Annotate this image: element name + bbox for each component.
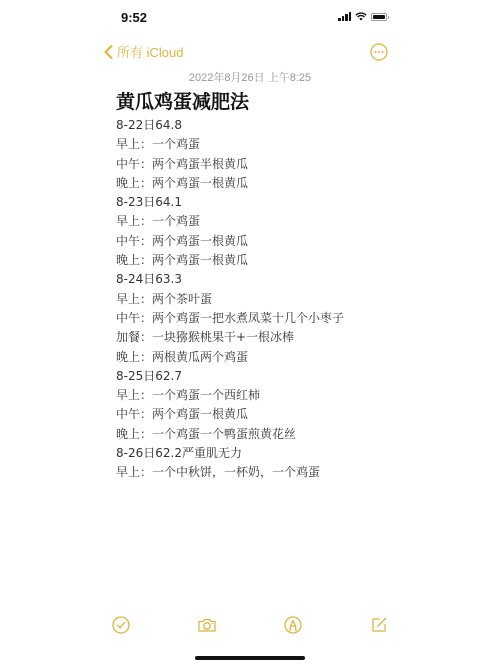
note-line: 早上：一个鸡蛋一个西红柿	[116, 386, 416, 405]
note-line: 8-22日64.8	[116, 116, 416, 135]
note-line: 中午：两个鸡蛋一根黄瓜	[116, 232, 416, 251]
note-line: 中午：两个鸡蛋半根黄瓜	[116, 155, 416, 174]
back-button[interactable]: 所有 iCloud	[104, 42, 183, 61]
note-line: 8-23日64.1	[116, 193, 416, 212]
note-line: 早上：两个茶叶蛋	[116, 290, 416, 309]
note-line: 中午：两个鸡蛋一根黄瓜	[116, 405, 416, 424]
bottom-toolbar	[0, 614, 500, 638]
back-label: 所有 iCloud	[117, 42, 183, 61]
note-line: 晚上：一个鸡蛋一个鸭蛋煎黄花丝	[116, 425, 416, 444]
ellipsis-circle-icon[interactable]	[370, 43, 388, 61]
note-line: 8-25日62.7	[116, 367, 416, 386]
chevron-left-icon	[104, 45, 113, 59]
markup-pen-icon[interactable]	[282, 614, 304, 636]
status-icons	[338, 12, 387, 21]
note-line: 早上：一个中秋饼，一杯奶，一个鸡蛋	[116, 463, 416, 482]
note-line: 8-24日63.3	[116, 270, 416, 289]
battery-icon	[371, 13, 387, 21]
home-indicator[interactable]	[195, 656, 305, 660]
note-line: 早上：一个鸡蛋	[116, 135, 416, 154]
note-title: 黄瓜鸡蛋减肥法	[116, 88, 416, 116]
signal-icon	[338, 12, 351, 21]
status-bar: 9:52	[0, 0, 500, 36]
note-line: 晚上：两个鸡蛋一根黄瓜	[116, 251, 416, 270]
note-line: 晚上：两根黄瓜两个鸡蛋	[116, 348, 416, 367]
status-time: 9:52	[121, 10, 147, 25]
camera-icon[interactable]	[196, 614, 218, 636]
checklist-icon[interactable]	[110, 614, 132, 636]
nav-bar: 所有 iCloud	[0, 40, 500, 66]
note-body[interactable]: 黄瓜鸡蛋减肥法 8-22日64.8 早上：一个鸡蛋 中午：两个鸡蛋半根黄瓜 晚上…	[116, 88, 416, 483]
note-line: 加餐：一块猕猴桃果干+一根冰棒	[116, 328, 416, 347]
wifi-icon	[355, 12, 367, 21]
note-date: 2022年8月26日 上午8:25	[0, 69, 500, 85]
note-line: 8-26日62.2严重肌无力	[116, 444, 416, 463]
note-line: 中午：两个鸡蛋一把水煮凤菜十几个小枣子	[116, 309, 416, 328]
note-line: 晚上：两个鸡蛋一根黄瓜	[116, 174, 416, 193]
compose-icon[interactable]	[368, 614, 390, 636]
note-line: 早上：一个鸡蛋	[116, 212, 416, 231]
